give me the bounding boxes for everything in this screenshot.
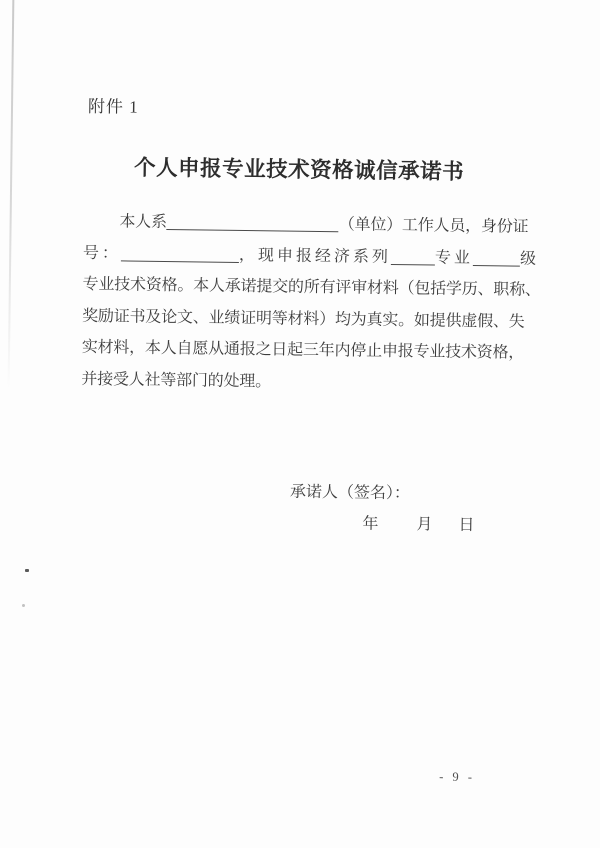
body-text: 实材料，本人自愿从通报之日起三年内停止申报专业技术资格， bbox=[82, 339, 525, 362]
blank-underline bbox=[121, 244, 239, 263]
document-title: 个人申报专业技术资格诚信承诺书 bbox=[0, 149, 599, 188]
signature-label: 承诺人（签名）： bbox=[290, 479, 410, 504]
body-text: （单位）工作人员，身份证 bbox=[339, 216, 529, 235]
attachment-label: 附件 1 bbox=[88, 92, 139, 118]
blank-underline bbox=[473, 249, 520, 267]
date-part-year: 年 bbox=[362, 511, 378, 534]
blank-underline bbox=[167, 213, 339, 232]
body-text: 并接受人社等部门的处理。 bbox=[81, 371, 271, 390]
body-line: 并接受人社等部门的处理。 bbox=[81, 364, 539, 402]
body-text: 号： bbox=[83, 245, 121, 262]
body-paragraph: 本人系（单位）工作人员，身份证号：，现申报经济系列专业级专业技术资格。本人承诺提… bbox=[81, 206, 541, 402]
document-content: 附件 1 个人申报专业技术资格诚信承诺书 本人系（单位）工作人员，身份证号：，现… bbox=[0, 0, 600, 848]
body-text: 奖励证书及论文、业绩证明等材料）均为真实。如提供虚假、失 bbox=[82, 308, 525, 331]
body-text: 本人系 bbox=[119, 213, 167, 231]
scanned-document-page: 附件 1 个人申报专业技术资格诚信承诺书 本人系（单位）工作人员，身份证号：，现… bbox=[0, 0, 600, 848]
date-line: 年月日 bbox=[362, 511, 474, 535]
date-part-month: 月 bbox=[416, 511, 432, 534]
page-number: - 9 - bbox=[439, 770, 475, 785]
date-part-day: 日 bbox=[458, 512, 474, 535]
blank-underline bbox=[391, 248, 435, 266]
body-text: 专业 bbox=[435, 249, 473, 266]
body-text: 级 bbox=[520, 250, 539, 267]
body-text: ，现申报经济系列 bbox=[239, 247, 391, 266]
body-text: 专业技术资格。本人承诺提交的所有评审材料（包括学历、职称、 bbox=[82, 276, 540, 299]
